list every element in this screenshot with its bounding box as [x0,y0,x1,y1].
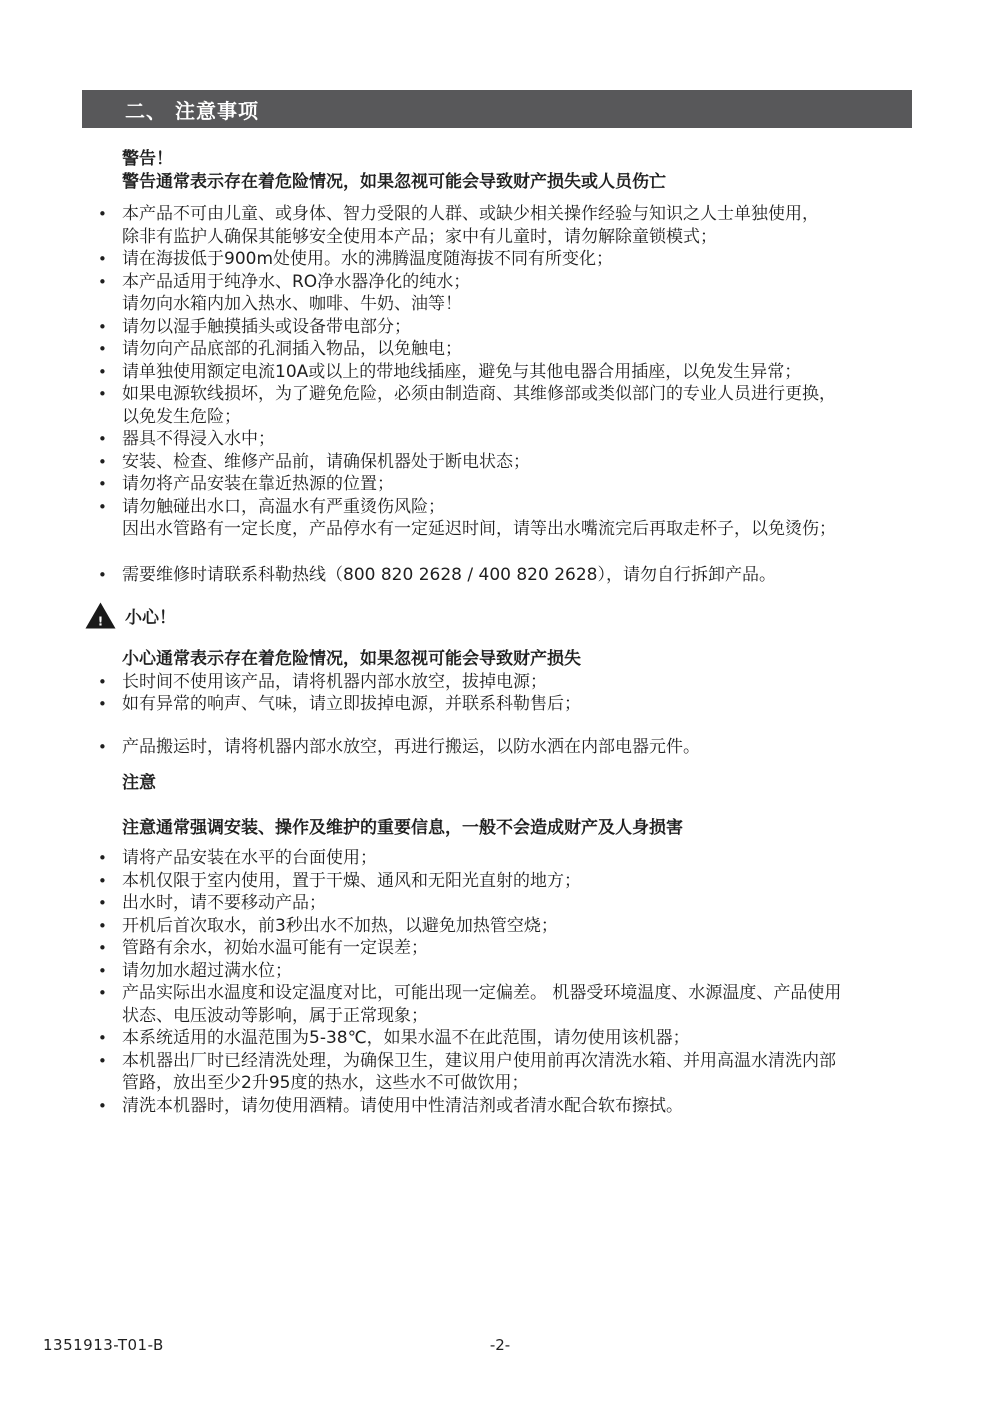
bullet-icon: • [98,1027,118,1050]
bullet-icon: • [98,383,118,406]
list-item-text: 需要维修时请联系科勒热线（800 820 2628 / 400 820 2628… [122,565,776,585]
list-item-text: 请勿触碰出水口，高温水有严重烫伤风险； 因出水管路有一定长度，产品停水有一定延迟… [122,497,836,540]
bullet-icon: • [98,361,118,384]
list-item: •本机仅限于室内使用，置于干燥、通风和无阳光直射的地方； [82,870,912,893]
list-item: •开机后首次取水，前3秒出水不加热，以避免加热管空烧； [82,915,912,938]
list-item-text: 请勿以湿手触摸插头或设备带电部分； [122,317,411,337]
list-item: •请单独使用额定电流10A或以上的带地线插座，避免与其他电器合用插座，以免发生异… [82,361,912,384]
list-item: •请勿以湿手触摸插头或设备带电部分； [82,316,912,339]
bullet-icon: • [98,316,118,339]
caution-subtitle: 小心通常表示存在着危险情况，如果忽视可能会导致财产损失 [122,648,912,671]
bullet-icon: • [98,248,118,271]
warning-list: •本产品不可由儿童、或身体、智力受限的人群、或缺少相关操作经验与知识之人士单独使… [82,203,912,586]
notice-subtitle: 注意通常强调安装、操作及维护的重要信息，一般不会造成财产及人身损害 [122,817,912,840]
caution-header: ! 小心！ [82,600,912,630]
list-item-text: 安装、检查、维修产品前，请确保机器处于断电状态； [122,452,530,472]
warning-subtitle: 警告通常表示存在着危险情况，如果忽视可能会导致财产损失或人员伤亡 [122,171,912,194]
list-item: •本产品不可由儿童、或身体、智力受限的人群、或缺少相关操作经验与知识之人士单独使… [82,203,912,248]
section-header-bar: 二、 注意事项 [82,90,912,128]
list-item: •长时间不使用该产品，请将机器内部水放空，拔掉电源； [82,671,912,694]
bullet-icon: • [98,870,118,893]
warning-title: 警告！ [122,148,912,171]
list-item-text: 长时间不使用该产品，请将机器内部水放空，拔掉电源； [122,672,547,692]
bullet-icon: • [98,1095,118,1118]
list-item: •请勿向产品底部的孔洞插入物品，以免触电； [82,338,912,361]
section-title: 二、 注意事项 [82,95,259,124]
caution-title: 小心！ [125,603,176,628]
list-item: •请将产品安装在水平的台面使用； [82,847,912,870]
list-item: •请勿加水超过满水位； [82,960,912,983]
list-item: •管路有余水，初始水温可能有一定误差； [82,937,912,960]
warning-triangle-icon: ! [85,602,116,629]
list-item-text: 请勿将产品安装在靠近热源的位置； [122,474,394,494]
bullet-icon: • [98,671,118,694]
list-item: •请勿将产品安装在靠近热源的位置； [82,473,912,496]
bullet-icon: • [98,937,118,960]
list-item-text: 清洗本机器时，请勿使用酒精。请使用中性清洁剂或者清水配合软布擦拭。 [122,1096,683,1116]
page-content: 二、 注意事项 警告！ 警告通常表示存在着危险情况，如果忽视可能会导致财产损失或… [82,90,912,1117]
list-item-text: 产品实际出水温度和设定温度对比，可能出现一定偏差。 机器受环境温度、水源温度、产… [122,983,841,1026]
list-item-text: 本系统适用的水温范围为5-38℃，如果水温不在此范围，请勿使用该机器； [122,1028,690,1048]
bullet-icon: • [98,915,118,938]
bullet-icon: • [98,203,118,226]
list-item: •需要维修时请联系科勒热线（800 820 2628 / 400 820 262… [82,564,912,587]
list-item: •器具不得浸入水中； [82,428,912,451]
caution-list: •长时间不使用该产品，请将机器内部水放空，拔掉电源； •如有异常的响声、气味，请… [82,671,912,759]
bullet-icon: • [98,1050,118,1073]
list-item-text: 请将产品安装在水平的台面使用； [122,848,377,868]
list-item-text: 器具不得浸入水中； [122,429,275,449]
list-item-text: 如果电源软线损坏，为了避免危险，必须由制造商、其维修部或类似部门的专业人员进行更… [122,384,836,427]
notice-list: •请将产品安装在水平的台面使用； •本机仅限于室内使用，置于干燥、通风和无阳光直… [82,847,912,1117]
bullet-icon: • [98,473,118,496]
list-item-text: 请单独使用额定电流10A或以上的带地线插座，避免与其他电器合用插座，以免发生异常… [122,362,801,382]
svg-text:!: ! [98,614,103,628]
bullet-icon: • [98,428,118,451]
bullet-icon: • [98,338,118,361]
list-item: •产品实际出水温度和设定温度对比，可能出现一定偏差。 机器受环境温度、水源温度、… [82,982,912,1027]
list-item-text: 本产品不可由儿童、或身体、智力受限的人群、或缺少相关操作经验与知识之人士单独使用… [122,204,819,247]
bullet-icon: • [98,564,118,587]
list-item-text: 管路有余水，初始水温可能有一定误差； [122,938,428,958]
list-item: •出水时，请不要移动产品； [82,892,912,915]
notice-title: 注意 [122,772,912,795]
bullet-icon: • [98,693,118,716]
list-item: •安装、检查、维修产品前，请确保机器处于断电状态； [82,451,912,474]
footer-page-number: -2- [0,1336,1000,1354]
list-item-text: 本产品适用于纯净水、RO净水器净化的纯水； 请勿向水箱内加入热水、咖啡、牛奶、油… [122,272,470,315]
bullet-icon: • [98,960,118,983]
list-item: •如果电源软线损坏，为了避免危险，必须由制造商、其维修部或类似部门的专业人员进行… [82,383,912,428]
manual-page: 二、 注意事项 警告！ 警告通常表示存在着危险情况，如果忽视可能会导致财产损失或… [0,0,1000,1419]
bullet-icon: • [98,892,118,915]
list-item: •如有异常的响声、气味，请立即拔掉电源，并联系科勒售后； [82,693,912,716]
list-item: •本系统适用的水温范围为5-38℃，如果水温不在此范围，请勿使用该机器； [82,1027,912,1050]
bullet-icon: • [98,736,118,759]
list-item: •清洗本机器时，请勿使用酒精。请使用中性清洁剂或者清水配合软布擦拭。 [82,1095,912,1118]
list-item: •本产品适用于纯净水、RO净水器净化的纯水； 请勿向水箱内加入热水、咖啡、牛奶、… [82,271,912,316]
list-item: •请在海拔低于900m处使用。水的沸腾温度随海拔不同有所变化； [82,248,912,271]
list-item: •产品搬运时，请将机器内部水放空，再进行搬运，以防水洒在内部电器元件。 [82,736,912,759]
bullet-icon: • [98,451,118,474]
list-item-text: 本机器出厂时已经清洗处理，为确保卫生，建议用户使用前再次清洗水箱、并用高温水清洗… [122,1051,836,1094]
list-item-text: 请勿向产品底部的孔洞插入物品，以免触电； [122,339,462,359]
bullet-icon: • [98,496,118,519]
list-item: •本机器出厂时已经清洗处理，为确保卫生，建议用户使用前再次清洗水箱、并用高温水清… [82,1050,912,1095]
list-item-text: 如有异常的响声、气味，请立即拔掉电源，并联系科勒售后； [122,694,581,714]
list-item-text: 本机仅限于室内使用，置于干燥、通风和无阳光直射的地方； [122,871,581,891]
bullet-icon: • [98,271,118,294]
list-item-text: 出水时，请不要移动产品； [122,893,326,913]
bullet-icon: • [98,847,118,870]
list-item-text: 产品搬运时，请将机器内部水放空，再进行搬运，以防水洒在内部电器元件。 [122,737,700,757]
list-item-text: 请在海拔低于900m处使用。水的沸腾温度随海拔不同有所变化； [122,249,613,269]
list-item-text: 开机后首次取水，前3秒出水不加热，以避免加热管空烧； [122,916,558,936]
list-item-text: 请勿加水超过满水位； [122,961,292,981]
bullet-icon: • [98,982,118,1005]
list-item: •请勿触碰出水口，高温水有严重烫伤风险； 因出水管路有一定长度，产品停水有一定延… [82,496,912,541]
